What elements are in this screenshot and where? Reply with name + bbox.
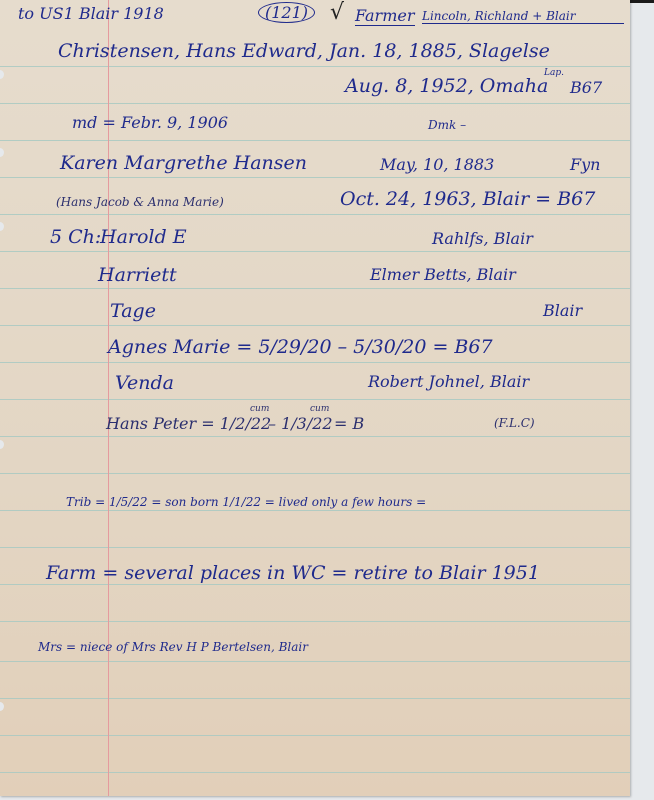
subject-name-birth: Christensen, Hans Edward, Jan. 18, 1885,…: [58, 40, 550, 62]
spouse-death: Oct. 24, 1963, Blair = B67: [340, 188, 595, 210]
notebook-page: to US1 Blair 1918 (121) √ Farmer Lincoln…: [0, 0, 630, 796]
farm-note: Farm = several places in WC = retire to …: [46, 562, 540, 584]
rule-line: [0, 251, 630, 252]
hans-peter-death: – 1/3/22: [268, 414, 333, 433]
child-spouse-place: Rahlfs, Blair: [432, 229, 533, 248]
child-name: Agnes Marie = 5/29/20 – 5/30/20 = B67: [108, 336, 493, 358]
rule-line: [0, 735, 630, 736]
rule-line: [0, 214, 630, 215]
rule-line: [0, 362, 630, 363]
child-spouse-place: Blair: [543, 301, 582, 320]
child-name: Harold E: [100, 226, 187, 248]
child-name: Tage: [110, 300, 156, 322]
hans-peter-note: (F.L.C): [494, 416, 535, 430]
rule-line: [0, 325, 630, 326]
subject-death: Aug. 8, 1952, Omaha: [345, 75, 548, 97]
hans-peter-sup-a: cum: [250, 404, 269, 414]
marriage-date: md = Febr. 9, 1906: [72, 113, 228, 132]
binding-hole: [0, 70, 4, 79]
hans-peter-sup-b: cum: [310, 404, 329, 414]
hans-peter-burial: = B: [334, 414, 364, 433]
binding-hole: [0, 440, 4, 449]
rule-line: [0, 547, 630, 548]
children-label: 5 Ch:: [50, 226, 101, 248]
child-spouse-place: Elmer Betts, Blair: [370, 265, 516, 284]
rule-line: [0, 436, 630, 437]
trib-note: Trib = 1/5/22 = son born 1/1/22 = lived …: [66, 495, 426, 509]
binding-hole: [0, 148, 4, 157]
marriage-place: Dmk –: [428, 118, 466, 132]
rule-line: [0, 140, 630, 141]
checkmark-icon: √: [330, 0, 344, 25]
rule-line: [0, 66, 630, 67]
mrs-note: Mrs = niece of Mrs Rev H P Bertelsen, Bl…: [38, 640, 308, 654]
rule-line: [0, 288, 630, 289]
rule-line: [0, 661, 630, 662]
hans-peter-birth: Hans Peter = 1/2/22: [106, 414, 271, 433]
record-reference: to US1 Blair 1918: [18, 4, 164, 23]
record-number: (121): [258, 2, 315, 23]
rule-line: [0, 399, 630, 400]
spouse-name: Karen Margrethe Hansen: [60, 152, 307, 174]
rule-line: [0, 584, 630, 585]
rule-line: [0, 177, 630, 178]
spouse-birth: May, 10, 1883: [380, 155, 494, 174]
rule-line: [0, 772, 630, 773]
scan-edge-bar: [628, 0, 654, 3]
child-name: Venda: [115, 372, 174, 394]
spouse-parents: (Hans Jacob & Anna Marie): [56, 195, 224, 209]
rule-line: [0, 621, 630, 622]
subject-burial: B67: [570, 78, 602, 97]
rule-line: [0, 473, 630, 474]
rule-line: [0, 510, 630, 511]
spouse-birth-place: Fyn: [570, 155, 600, 174]
binding-hole: [0, 702, 4, 711]
binding-hole: [0, 222, 4, 231]
child-spouse-place: Robert Johnel, Blair: [368, 372, 529, 391]
occupation: Farmer: [355, 6, 415, 26]
subject-death-superscript: Lap.: [544, 68, 564, 78]
rule-line: [0, 103, 630, 104]
occupation-places: Lincoln, Richland + Blair: [422, 9, 624, 24]
child-name: Harriett: [98, 264, 177, 286]
rule-line: [0, 698, 630, 699]
